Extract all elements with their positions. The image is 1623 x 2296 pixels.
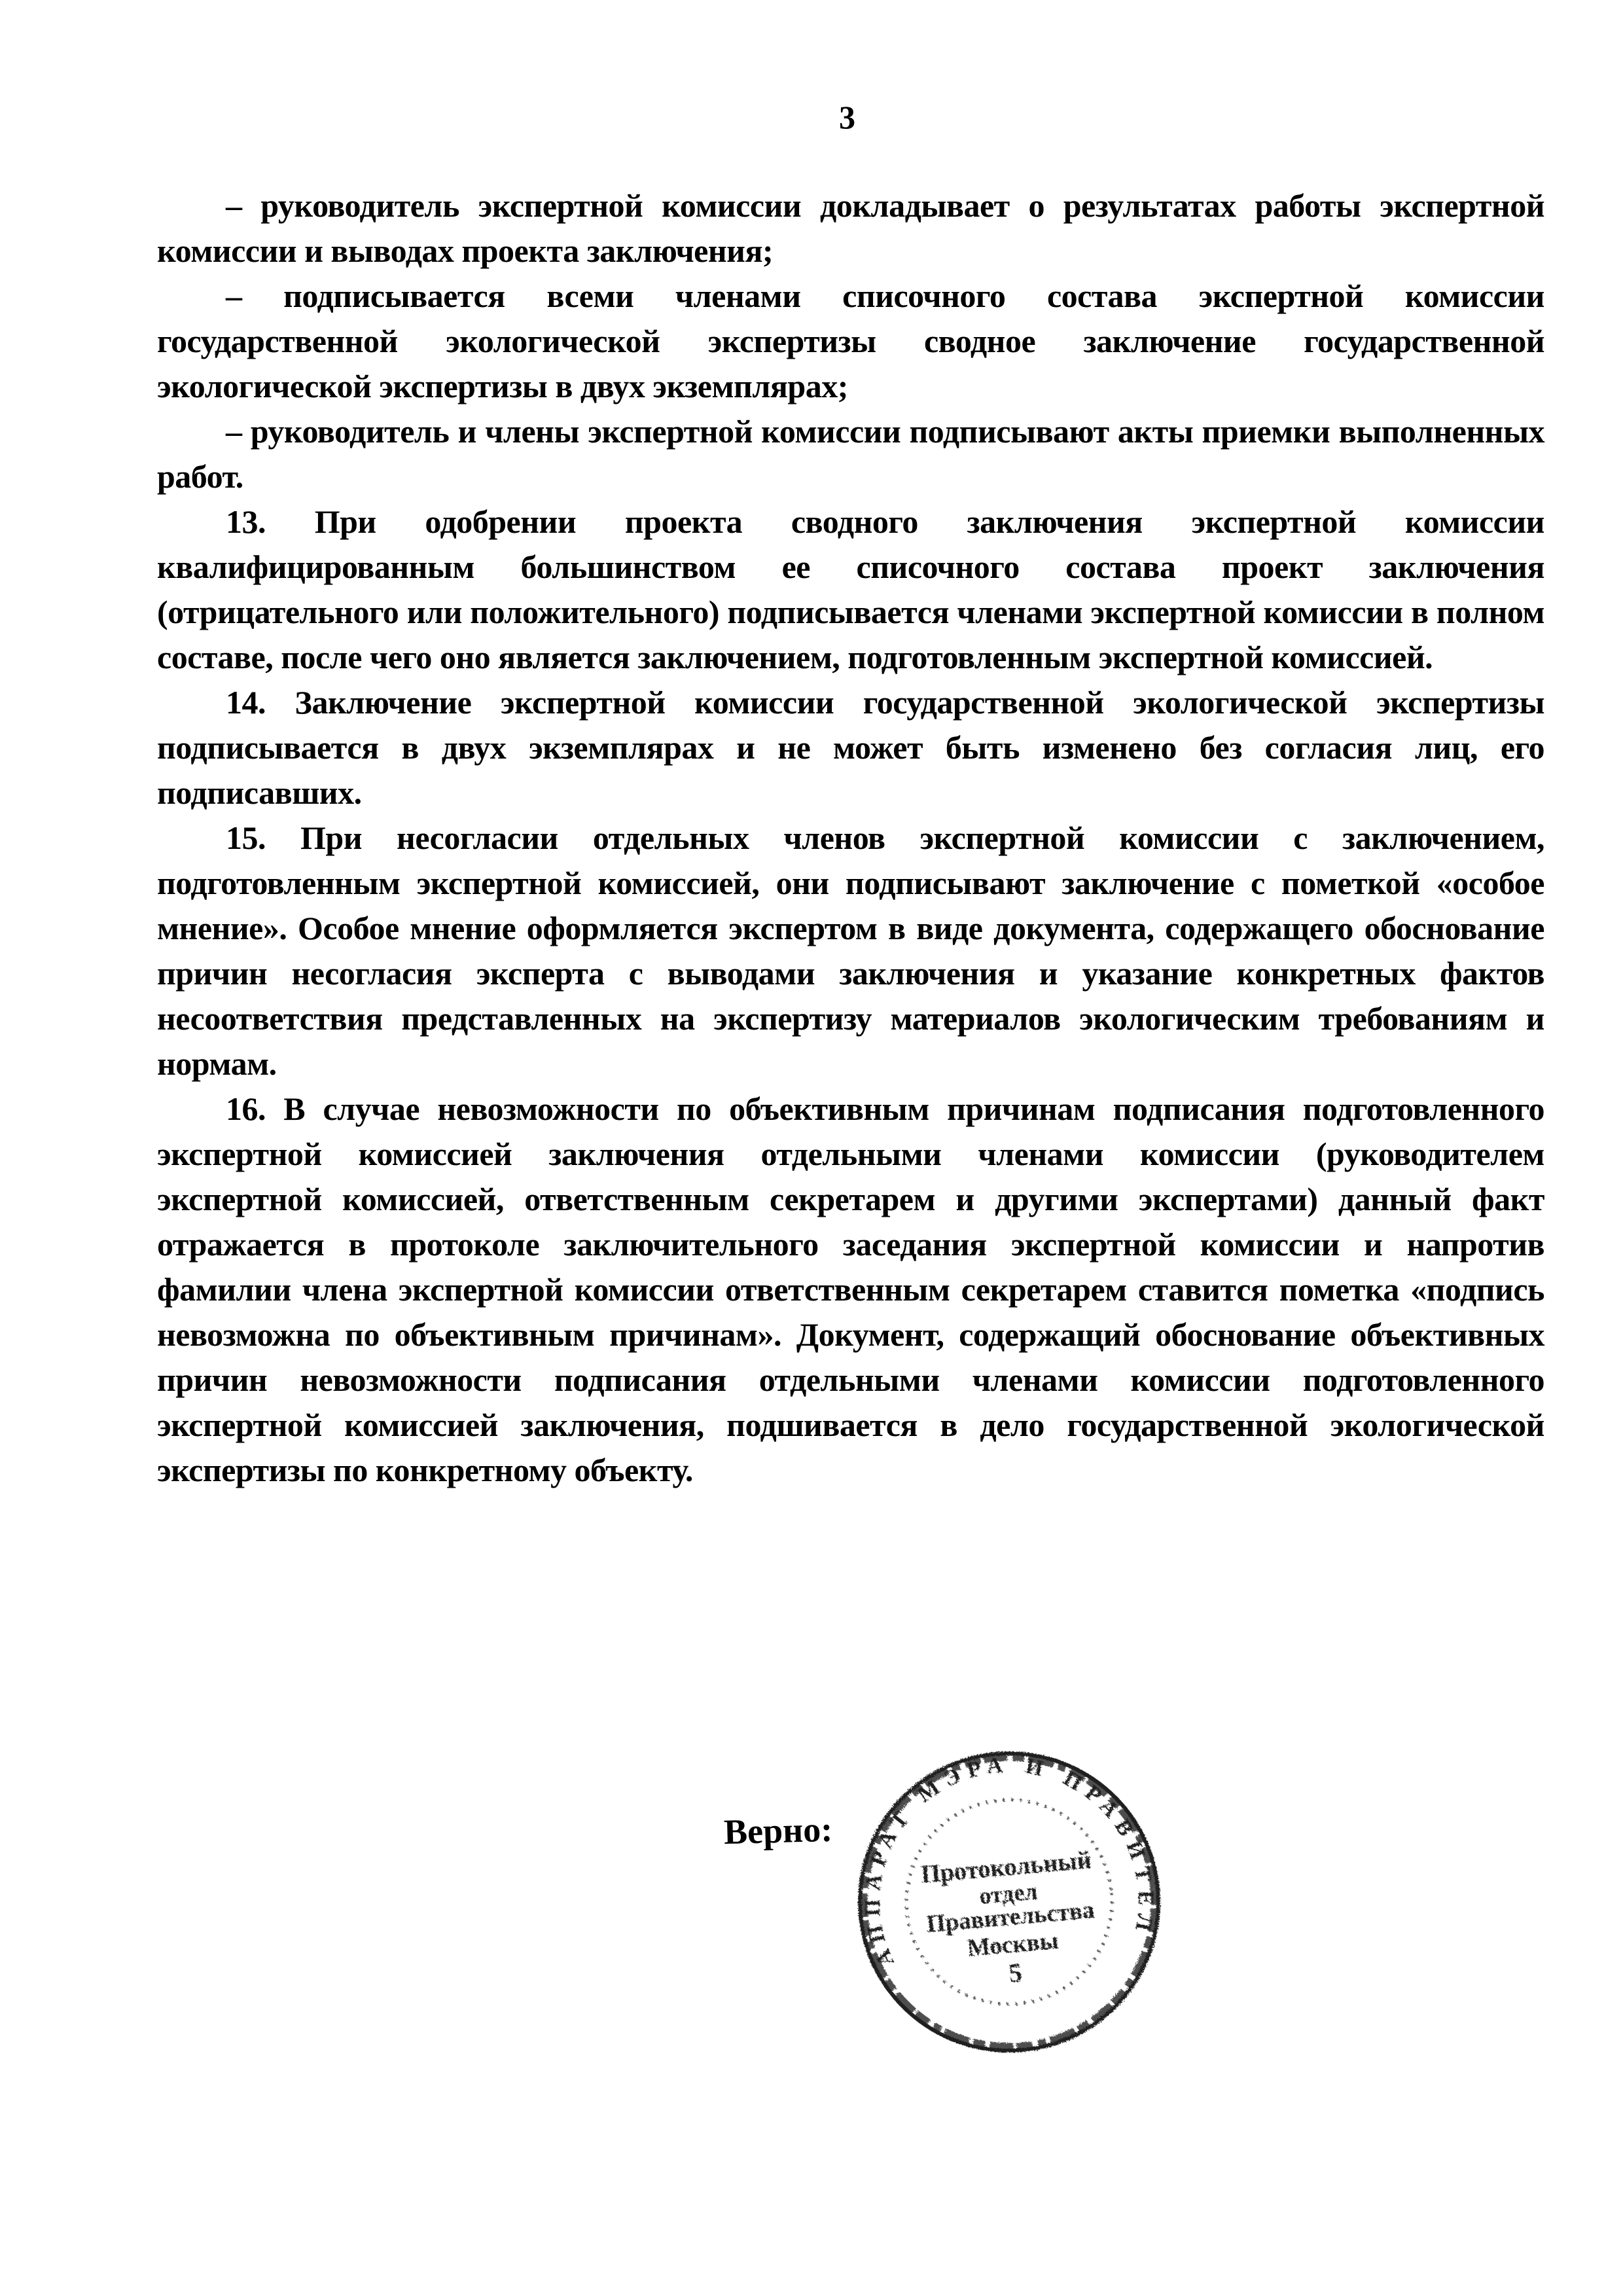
paragraph-list-item-1: – руководитель экспертной комиссии докла… xyxy=(157,183,1544,274)
paragraph-15: 15. При несогласии отдельных членов эксп… xyxy=(157,816,1544,1086)
document-body: – руководитель экспертной комиссии докла… xyxy=(157,183,1544,1493)
paragraph-14: 14. Заключение экспертной комиссии госуд… xyxy=(157,680,1544,816)
official-stamp: АППАРАТ МЭРА И ПРАВИТЕЛЬСТВА Протокольны… xyxy=(842,1734,1176,2069)
stamp-center-number: 5 xyxy=(1008,1958,1024,1988)
paragraph-13: 13. При одобрении проекта сводного заклю… xyxy=(157,499,1544,680)
paragraph-list-item-2: – подписывается всеми членами списочного… xyxy=(157,274,1544,409)
paragraph-list-item-3: – руководитель и члены экспертной комисс… xyxy=(157,409,1544,499)
certification-label: Верно: xyxy=(723,1809,833,1852)
paragraph-16: 16. В случае невозможности по объективны… xyxy=(157,1086,1544,1493)
document-page: 3 – руководитель экспертной комиссии док… xyxy=(0,0,1623,2296)
stamp-graphic: АППАРАТ МЭРА И ПРАВИТЕЛЬСТВА Протокольны… xyxy=(842,1734,1176,2069)
page-number: 3 xyxy=(839,98,855,136)
